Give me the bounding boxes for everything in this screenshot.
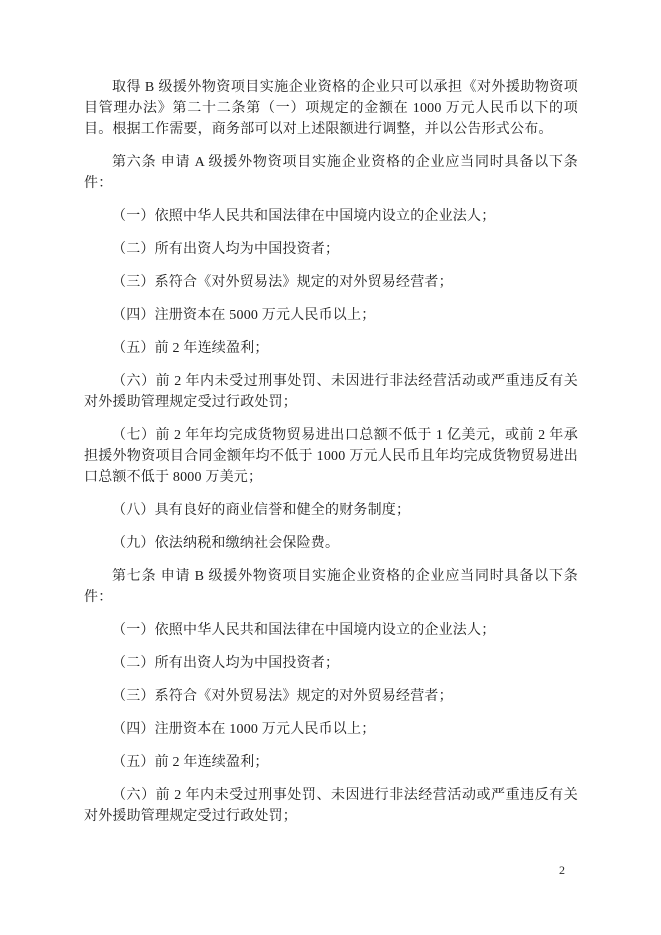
article-6-item-6: （六）前 2 年内未受过刑事处罚、未因进行非法经营活动或严重违反有关对外援助管理…	[84, 371, 578, 413]
document-body: 取得 B 级援外物资项目实施企业资格的企业只可以承担《对外援助物资项目管理办法》…	[84, 77, 578, 839]
page-number: 2	[559, 863, 565, 877]
article-7-item-1: （一）依照中华人民共和国法律在中国境内设立的企业法人；	[84, 620, 578, 641]
article-6-item-2: （二）所有出资人均为中国投资者；	[84, 239, 578, 260]
article-7-item-3: （三）系符合《对外贸易法》规定的对外贸易经营者；	[84, 686, 578, 707]
article-7-item-2: （二）所有出资人均为中国投资者；	[84, 653, 578, 674]
article-6-item-4: （四）注册资本在 5000 万元人民币以上；	[84, 305, 578, 326]
article-6-item-7: （七）前 2 年年均完成货物贸易进出口总额不低于 1 亿美元，或前 2 年承担援…	[84, 425, 578, 488]
article-6-item-3: （三）系符合《对外贸易法》规定的对外贸易经营者；	[84, 272, 578, 293]
article-6-item-9: （九）依法纳税和缴纳社会保险费。	[84, 533, 578, 554]
article-6-item-8: （八）具有良好的商业信誉和健全的财务制度；	[84, 500, 578, 521]
article-7-item-6: （六）前 2 年内未受过刑事处罚、未因进行非法经营活动或严重违反有关对外援助管理…	[84, 785, 578, 827]
document-page: 取得 B 级援外物资项目实施企业资格的企业只可以承担《对外援助物资项目管理办法》…	[0, 0, 661, 935]
article-7-item-4: （四）注册资本在 1000 万元人民币以上；	[84, 719, 578, 740]
article-7-heading-paragraph: 第七条 申请 B 级援外物资项目实施企业资格的企业应当同时具备以下条件：	[84, 566, 578, 608]
article-6-item-5: （五）前 2 年连续盈利；	[84, 338, 578, 359]
article-7-item-5: （五）前 2 年连续盈利；	[84, 752, 578, 773]
article-6-item-1: （一）依照中华人民共和国法律在中国境内设立的企业法人；	[84, 206, 578, 227]
intro-paragraph-b-level-limit: 取得 B 级援外物资项目实施企业资格的企业只可以承担《对外援助物资项目管理办法》…	[84, 77, 578, 140]
article-6-heading-paragraph: 第六条 申请 A 级援外物资项目实施企业资格的企业应当同时具备以下条件：	[84, 152, 578, 194]
